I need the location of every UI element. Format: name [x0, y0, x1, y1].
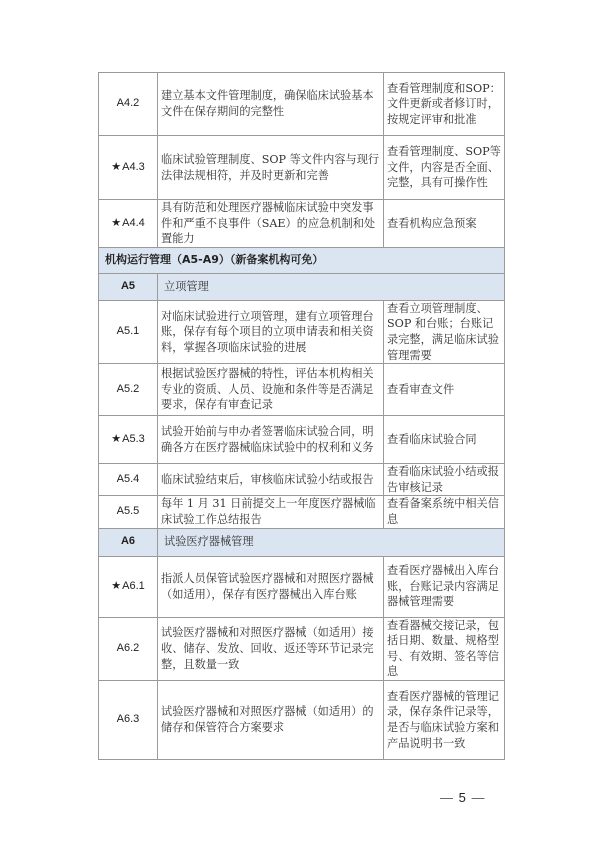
requirements-table: A4.2 建立基本文件管理制度，确保临床试验基本文件在保存期间的完整性 查看管理…: [98, 72, 505, 760]
section-title: 机构运行管理（A5-A9）（新备案机构可免）: [99, 247, 505, 273]
inspection-method-cell: 查看管理制度、SOP等文件，内容是否全面、完整，具有可操作性: [384, 136, 505, 200]
item-code: A6.3: [99, 680, 158, 759]
table-row: A6.3 试验医疗器械和对照医疗器械（如适用）的储存和保管符合方案要求 查看医疗…: [99, 680, 505, 759]
item-code: A6.2: [99, 617, 158, 680]
group-header-row: A6 试验医疗器械管理: [99, 528, 505, 556]
star-icon: ★: [111, 433, 121, 445]
inspection-method-cell: 查看医疗器械出入库台账，台账记录内容满足器械管理需要: [384, 556, 505, 617]
group-code: A5: [99, 273, 158, 300]
requirement-cell: 每年 1 月 31 日前提交上一年度医疗器械临床试验工作总结报告: [158, 496, 384, 528]
requirement-cell: 指派人员保管试验医疗器械和对照医疗器械（如适用），保存有医疗器械出入库台账: [158, 556, 384, 617]
group-title: 立项管理: [158, 273, 505, 300]
page-number: — 5 —: [440, 790, 485, 805]
inspection-method-cell: 查看器械交接记录，包括日期、数量、规格型号、有效期、签名等信息: [384, 617, 505, 680]
page-dash-right: —: [471, 790, 485, 805]
table-row: A5.2 根据试验医疗器械的特性，评估本机构相关专业的资质、人员、设施和条件等是…: [99, 364, 505, 416]
item-code: ★A6.1: [99, 556, 158, 617]
inspection-method-cell: 查看管理制度和SOP：文件更新或者修订时，按规定评审和批准: [384, 73, 505, 136]
requirement-cell: 试验医疗器械和对照医疗器械（如适用）的储存和保管符合方案要求: [158, 680, 384, 759]
requirement-cell: 具有防范和处理医疗器械临床试验中突发事件和严重不良事件（SAE）的应急机制和处置…: [158, 200, 384, 248]
table-row: A5.1 对临床试验进行立项管理，建有立项管理台账，保存有每个项目的立项申请表和…: [99, 300, 505, 363]
table-row: A4.2 建立基本文件管理制度，确保临床试验基本文件在保存期间的完整性 查看管理…: [99, 73, 505, 136]
item-code: A5.1: [99, 300, 158, 363]
item-code: A5.4: [99, 464, 158, 496]
requirement-cell: 试验开始前与申办者签署临床试验合同，明确各方在医疗器械临床试验中的权利和义务: [158, 416, 384, 464]
table-row: A5.4 临床试验结束后，审核临床试验小结或报告 查看临床试验小结或报告审核记录: [99, 464, 505, 496]
group-header-row: A5 立项管理: [99, 273, 505, 300]
inspection-method-cell: 查看审查文件: [384, 364, 505, 416]
table-row: ★A6.1 指派人员保管试验医疗器械和对照医疗器械（如适用），保存有医疗器械出入…: [99, 556, 505, 617]
table-row: ★A5.3 试验开始前与申办者签署临床试验合同，明确各方在医疗器械临床试验中的权…: [99, 416, 505, 464]
requirement-cell: 对临床试验进行立项管理，建有立项管理台账，保存有每个项目的立项申请表和相关资料，…: [158, 300, 384, 363]
inspection-method-cell: 查看临床试验合同: [384, 416, 505, 464]
requirement-cell: 临床试验管理制度、SOP 等文件内容与现行法律法规相符，并及时更新和完善: [158, 136, 384, 200]
inspection-method-cell: 查看立项管理制度、SOP 和台账；台账记录完整，满足临床试验管理需要: [384, 300, 505, 363]
inspection-method-cell: 查看机构应急预案: [384, 200, 505, 248]
star-icon: ★: [111, 580, 121, 592]
section-header-row: 机构运行管理（A5-A9）（新备案机构可免）: [99, 247, 505, 273]
star-icon: ★: [111, 161, 121, 173]
group-code: A6: [99, 528, 158, 556]
requirement-cell: 临床试验结束后，审核临床试验小结或报告: [158, 464, 384, 496]
inspection-method-cell: 查看医疗器械的管理记录，保存条件记录等，是否与临床试验方案和产品说明书一致: [384, 680, 505, 759]
inspection-method-cell: 查看临床试验小结或报告审核记录: [384, 464, 505, 496]
page-dash-left: —: [440, 790, 454, 805]
inspection-method-cell: 查看备案系统中相关信息: [384, 496, 505, 528]
requirement-cell: 建立基本文件管理制度，确保临床试验基本文件在保存期间的完整性: [158, 73, 384, 136]
table-row: A6.2 试验医疗器械和对照医疗器械（如适用）接收、储存、发放、回收、返还等环节…: [99, 617, 505, 680]
item-code: A5.2: [99, 364, 158, 416]
star-icon: ★: [111, 217, 121, 229]
item-code: A4.2: [99, 73, 158, 136]
requirement-cell: 试验医疗器械和对照医疗器械（如适用）接收、储存、发放、回收、返还等环节记录完整，…: [158, 617, 384, 680]
group-title: 试验医疗器械管理: [158, 528, 505, 556]
item-code: ★A4.3: [99, 136, 158, 200]
page-number-value: 5: [459, 790, 467, 805]
requirement-cell: 根据试验医疗器械的特性，评估本机构相关专业的资质、人员、设施和条件等是否满足要求…: [158, 364, 384, 416]
item-code: ★A5.3: [99, 416, 158, 464]
table-row: ★A4.3 临床试验管理制度、SOP 等文件内容与现行法律法规相符，并及时更新和…: [99, 136, 505, 200]
item-code: A5.5: [99, 496, 158, 528]
table-row: ★A4.4 具有防范和处理医疗器械临床试验中突发事件和严重不良事件（SAE）的应…: [99, 200, 505, 248]
table-row: A5.5 每年 1 月 31 日前提交上一年度医疗器械临床试验工作总结报告 查看…: [99, 496, 505, 528]
item-code: ★A4.4: [99, 200, 158, 248]
